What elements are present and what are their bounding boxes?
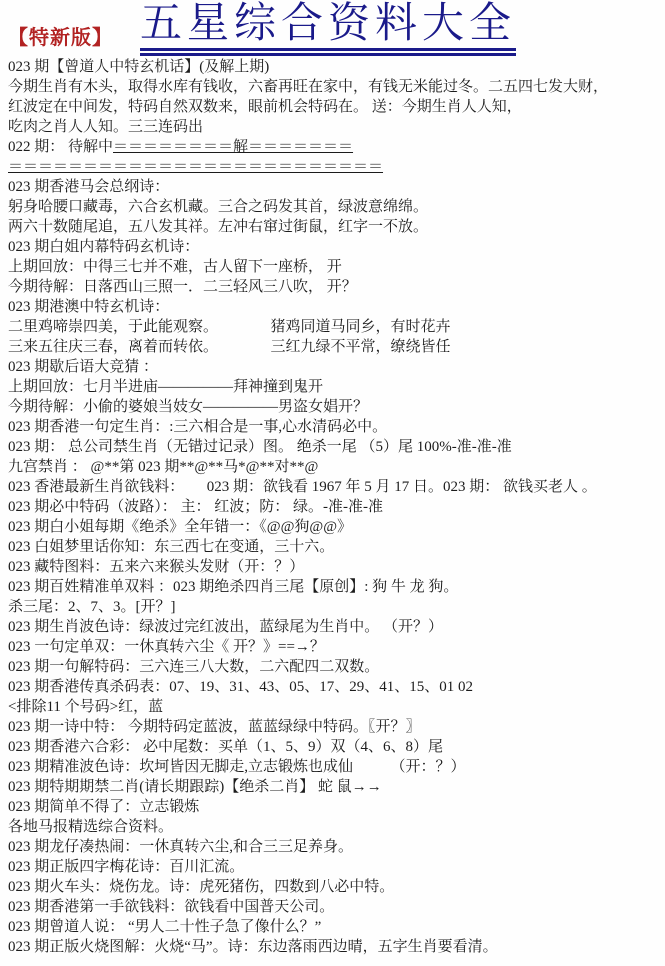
- line-text: 红波定在中间发，特码自然双数来，眼前机会特码在。 送：今期生肖人人知，: [8, 99, 522, 115]
- line-text: 今期待解：日落西山三照一．二三轻风三八吹， 开？: [8, 279, 357, 295]
- line-text: 023 期精准波色诗：坎坷皆因无脚走,立志锻炼也成仙 （开：？）: [8, 759, 466, 775]
- line-text: 上期回放：七月半进庙—————拜神撞到鬼开: [8, 379, 323, 395]
- divider-text: ＝＝＝＝＝＝＝＝解＝＝＝＝＝＝＝: [113, 139, 353, 155]
- text-line: 023 期香港第一手欲钱料：欲钱看中国普天公司。: [8, 897, 661, 917]
- lottery-info-page: 【特新版】 五星综合资料大全 023 期【曾道人中特玄机话】(及解上期)今期生肖…: [0, 0, 665, 966]
- line-text: 躬身哈腰口藏毒，六合玄机藏。三合之码发其首，绿波意绵绵。: [8, 199, 428, 215]
- text-line: 今期生肖有木头，取得水库有钱收，六畜再旺在家中，有钱无米能过冬。二五四七发大财，: [8, 77, 661, 97]
- text-line: 023 期正版四字梅花诗：百川汇流。: [8, 857, 661, 877]
- text-line: 023 期正版火烧图解：火烧“马”。诗：东边落雨西边晴，五字生肖要看清。: [8, 937, 661, 957]
- line-text: 杀三尾：2、7、3。[开？]: [8, 599, 176, 615]
- divider-text: ＝＝＝＝＝＝＝＝＝＝＝＝＝＝＝＝＝＝＝＝＝＝＝＝＝: [8, 159, 383, 175]
- text-line: 吃肉之肖人人知。三三连码出: [8, 117, 661, 137]
- line-text: 023 期一句解特码：三六连三八大数，二六配四二双数。: [8, 659, 379, 675]
- text-line: 九宫禁肖 ： @**第 023 期**@**马*@**对**@: [8, 457, 661, 477]
- text-line: 023 期香港马会总纲诗：: [8, 177, 661, 197]
- line-text: 022 期： 待解中: [8, 139, 113, 155]
- text-line: 两六十数随尾追，五八发其祥。左冲右窜过街鼠，红字一不放。: [8, 217, 661, 237]
- text-line: 023 期简单不得了：立志锻炼: [8, 797, 661, 817]
- text-line: 023 期港澳中特玄机诗：: [8, 297, 661, 317]
- text-line: 023 香港最新生肖欲钱料： 023 期：欲钱看 1967 年 5 月 17 日…: [8, 477, 661, 497]
- text-line: 023 白姐梦里话你知：东三西七在变通，三十六。: [8, 537, 661, 557]
- text-line: 上期回放：七月半进庙—————拜神撞到鬼开: [8, 377, 661, 397]
- text-line: 023 期火车头：烧伤龙。诗：虎死猪伤，四数到八必中特。: [8, 877, 661, 897]
- text-line: 023 一句定单双：一休真转六尘《 开？》==→？: [8, 637, 661, 657]
- line-text: 023 期港澳中特玄机诗：: [8, 299, 169, 315]
- text-line: 今期待解：小偷的婆娘当妓女—————男盗女娼开？: [8, 397, 661, 417]
- line-text: 023 一句定单双：一休真转六尘《 开？》==→？: [8, 639, 325, 655]
- line-text: 023 白姐梦里话你知：东三西七在变通，三十六。: [8, 539, 334, 555]
- line-text: 023 期火车头：烧伤龙。诗：虎死猪伤，四数到八必中特。: [8, 879, 394, 895]
- line-text: 023 期白姐内幕特码玄机诗：: [8, 239, 199, 255]
- text-line: 杀三尾：2、7、3。[开？]: [8, 597, 661, 617]
- text-line: 023 期特期期禁二肖(请长期跟踪)【绝杀二肖】 蛇 鼠→→: [8, 777, 661, 797]
- page-title: 五星综合资料大全: [140, 0, 516, 56]
- line-text: 023 期【曾道人中特玄机话】(及解上期): [8, 59, 269, 75]
- text-line: 023 期精准波色诗：坎坷皆因无脚走,立志锻炼也成仙 （开：？）: [8, 757, 661, 777]
- line-text: 吃肉之肖人人知。三三连码出: [8, 119, 203, 135]
- line-text: 今期生肖有木头，取得水库有钱收，六畜再旺在家中，有钱无米能过冬。二五四七发大财，: [8, 79, 608, 95]
- line-text: 023 期简单不得了：立志锻炼: [8, 799, 199, 815]
- line-text: 023 期香港第一手欲钱料：欲钱看中国普天公司。: [8, 899, 334, 915]
- text-line: 023 期曾道人说： “男人二十性子急了像什么？”: [8, 917, 661, 937]
- line-text: 023 期龙仔凑热闹：一休真转六尘,和合三三足养身。: [8, 839, 353, 855]
- line-text: 023 期香港传真杀码表：07、19、31、43、05、17、29、41、15、…: [8, 679, 473, 695]
- text-line: ＝＝＝＝＝＝＝＝＝＝＝＝＝＝＝＝＝＝＝＝＝＝＝＝＝: [8, 157, 661, 177]
- edition-badge: 【特新版】: [8, 21, 113, 50]
- line-text: 023 期生肖波色诗：绿波过完红波出，蓝绿尾为生肖中。 （开？）: [8, 619, 443, 635]
- line-text: 二里鸡啼崇四美，于此能观察。 猪鸡同道马同乡，有时花卉: [8, 319, 451, 335]
- line-text: <排除11 个号码>红，蓝: [8, 699, 163, 715]
- line-text: 023 期一诗中特： 今期特码定蓝波，蓝蓝绿绿中特码。〖开？〗: [8, 719, 421, 735]
- text-line: 023 期必中特码（波路）： 主： 红波；防： 绿。-准-准-准: [8, 497, 661, 517]
- line-text: 023 期香港一句定生肖：:三六相合是一事,心水清码必中。: [8, 419, 387, 435]
- line-text: 023 期曾道人说： “男人二十性子急了像什么？”: [8, 919, 321, 935]
- text-line: 红波定在中间发，特码自然双数来，眼前机会特码在。 送：今期生肖人人知，: [8, 97, 661, 117]
- text-line: 三来五往庆三春，离着而转依。 三红九绿不平常，缭绕皆任: [8, 337, 661, 357]
- text-line: 023 期白小姐每期《绝杀》全年错一：《@@狗@@》: [8, 517, 661, 537]
- text-line: <排除11 个号码>红，蓝: [8, 697, 661, 717]
- text-line: 023 期香港六合彩： 必中尾数：买单（1、5、9）双（4、6、8）尾: [8, 737, 661, 757]
- line-text: 023 期歇后语大竞猜 ：: [8, 359, 158, 375]
- text-line: 023 期香港传真杀码表：07、19、31、43、05、17、29、41、15、…: [8, 677, 661, 697]
- line-text: 023 期： 总公司禁生肖（无错过记录）图。 绝杀一尾 （5）尾 100%-准-…: [8, 439, 512, 455]
- line-text: 023 期百姓精准单双料 ：023 期绝杀四肖三尾【原创】: 狗 牛 龙 狗。: [8, 579, 458, 595]
- text-line: 各地马报精选综合资料。: [8, 817, 661, 837]
- text-line: 022 期： 待解中＝＝＝＝＝＝＝＝解＝＝＝＝＝＝＝: [8, 137, 661, 157]
- text-line: 023 期【曾道人中特玄机话】(及解上期): [8, 57, 661, 77]
- text-line: 023 期香港一句定生肖：:三六相合是一事,心水清码必中。: [8, 417, 661, 437]
- text-line: 上期回放：中得三七并不难，古人留下一座桥， 开: [8, 257, 661, 277]
- content-lines: 023 期【曾道人中特玄机话】(及解上期)今期生肖有木头，取得水库有钱收，六畜再…: [8, 57, 661, 957]
- text-line: 023 期一诗中特： 今期特码定蓝波，蓝蓝绿绿中特码。〖开？〗: [8, 717, 661, 737]
- page-header: 【特新版】 五星综合资料大全: [0, 0, 665, 57]
- line-text: 三来五往庆三春，离着而转依。 三红九绿不平常，缭绕皆任: [8, 339, 451, 355]
- line-text: 上期回放：中得三七并不难，古人留下一座桥， 开: [8, 259, 342, 275]
- line-text: 023 藏特图料：五来六来猴头发财（开：？）: [8, 559, 304, 575]
- text-line: 023 期百姓精准单双料 ：023 期绝杀四肖三尾【原创】: 狗 牛 龙 狗。: [8, 577, 661, 597]
- text-line: 023 期生肖波色诗：绿波过完红波出，蓝绿尾为生肖中。 （开？）: [8, 617, 661, 637]
- text-line: 躬身哈腰口藏毒，六合玄机藏。三合之码发其首，绿波意绵绵。: [8, 197, 661, 217]
- line-text: 各地马报精选综合资料。: [8, 819, 173, 835]
- line-text: 023 香港最新生肖欲钱料： 023 期：欲钱看 1967 年 5 月 17 日…: [8, 479, 597, 495]
- line-text: 023 期香港马会总纲诗：: [8, 179, 169, 195]
- text-line: 023 期一句解特码：三六连三八大数，二六配四二双数。: [8, 657, 661, 677]
- line-text: 023 期白小姐每期《绝杀》全年错一：《@@狗@@》: [8, 519, 352, 535]
- line-text: 两六十数随尾追，五八发其祥。左冲右窜过街鼠，红字一不放。: [8, 219, 428, 235]
- text-line: 023 期龙仔凑热闹：一休真转六尘,和合三三足养身。: [8, 837, 661, 857]
- line-text: 023 期必中特码（波路）： 主： 红波；防： 绿。-准-准-准: [8, 499, 383, 515]
- text-line: 023 期白姐内幕特码玄机诗：: [8, 237, 661, 257]
- line-text: 今期待解：小偷的婆娘当妓女—————男盗女娼开？: [8, 399, 368, 415]
- text-line: 023 期歇后语大竞猜 ：: [8, 357, 661, 377]
- line-text: 九宫禁肖 ： @**第 023 期**@**马*@**对**@: [8, 459, 318, 475]
- line-text: 023 期正版火烧图解：火烧“马”。诗：东边落雨西边晴，五字生肖要看清。: [8, 939, 498, 955]
- text-line: 023 藏特图料：五来六来猴头发财（开：？）: [8, 557, 661, 577]
- text-line: 二里鸡啼崇四美，于此能观察。 猪鸡同道马同乡，有时花卉: [8, 317, 661, 337]
- line-text: 023 期特期期禁二肖(请长期跟踪)【绝杀二肖】 蛇 鼠→→: [8, 779, 382, 795]
- line-text: 023 期香港六合彩： 必中尾数：买单（1、5、9）双（4、6、8）尾: [8, 739, 443, 755]
- line-text: 023 期正版四字梅花诗：百川汇流。: [8, 859, 244, 875]
- text-line: 今期待解：日落西山三照一．二三轻风三八吹， 开？: [8, 277, 661, 297]
- text-line: 023 期： 总公司禁生肖（无错过记录）图。 绝杀一尾 （5）尾 100%-准-…: [8, 437, 661, 457]
